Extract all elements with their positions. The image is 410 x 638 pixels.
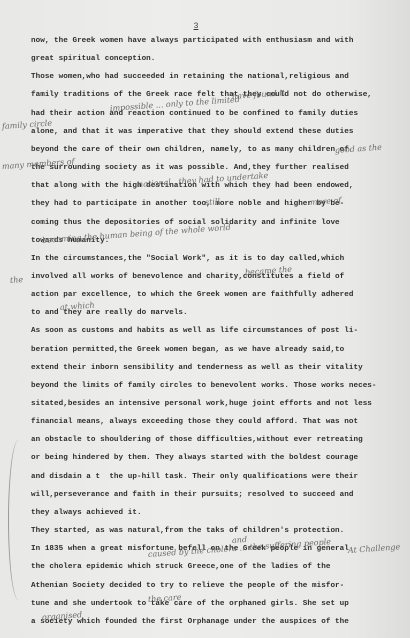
text-line: or being hindered by them. They always s… <box>31 454 358 462</box>
text-line: Those women,who had succeeded in retaini… <box>31 73 349 81</box>
text-line: financial means, always exceeding those … <box>31 418 358 426</box>
text-line: and disdain a t the up-hill task. Their … <box>31 473 358 481</box>
handwritten-note: At Challenge <box>348 542 401 555</box>
text-line: they had to participate in another too, … <box>31 200 344 208</box>
text-line: beyond the limits of family circles to b… <box>31 382 377 390</box>
text-line: tune and she undertook to take care of t… <box>31 600 349 608</box>
text-line: an obstacle to shouldering of those diff… <box>31 436 363 444</box>
handwritten-note: good as the <box>335 143 382 155</box>
page-number: 3 <box>186 22 206 31</box>
text-line: In the circumstances,the "Social Work", … <box>31 255 344 263</box>
text-line: involved all works of benevolence and ch… <box>31 273 344 281</box>
text-line: to and they are really do marvels. <box>31 309 188 317</box>
text-line: the surrounding society as it was possib… <box>31 164 349 172</box>
text-line: alone, and that it was imperative that t… <box>31 128 354 136</box>
text-line: the cholera epidemic which struck Greece… <box>31 563 330 571</box>
text-line: they always achieved it. <box>31 509 142 517</box>
text-line: action par excellence, to which the Gree… <box>31 291 354 299</box>
text-line: great spiritual conception. <box>31 55 155 63</box>
text-line: They started, as was natural,from the ta… <box>31 527 344 535</box>
text-line: now, the Greek women have always partici… <box>31 37 354 45</box>
document-page: 3 now, the Greek women have always parti… <box>0 0 410 638</box>
text-line: sitated,besides an intensive personal wo… <box>31 400 372 408</box>
text-line: beyond the care of their own children, n… <box>31 146 349 154</box>
text-line: will,perseverance and faith in their pur… <box>31 491 354 499</box>
handwritten-note: still <box>205 197 221 207</box>
text-line: extend their inborn sensibility and tend… <box>31 364 363 372</box>
paper-fold-mark <box>8 440 29 600</box>
text-line: As soon as customs and habits as well as… <box>31 327 358 335</box>
handwritten-note: the <box>10 275 24 285</box>
text-line: had their action and reaction continued … <box>31 110 358 118</box>
text-line: beration permitted,the Greek women began… <box>31 346 344 354</box>
text-line: Athenian Society decided to try to relie… <box>31 582 344 590</box>
